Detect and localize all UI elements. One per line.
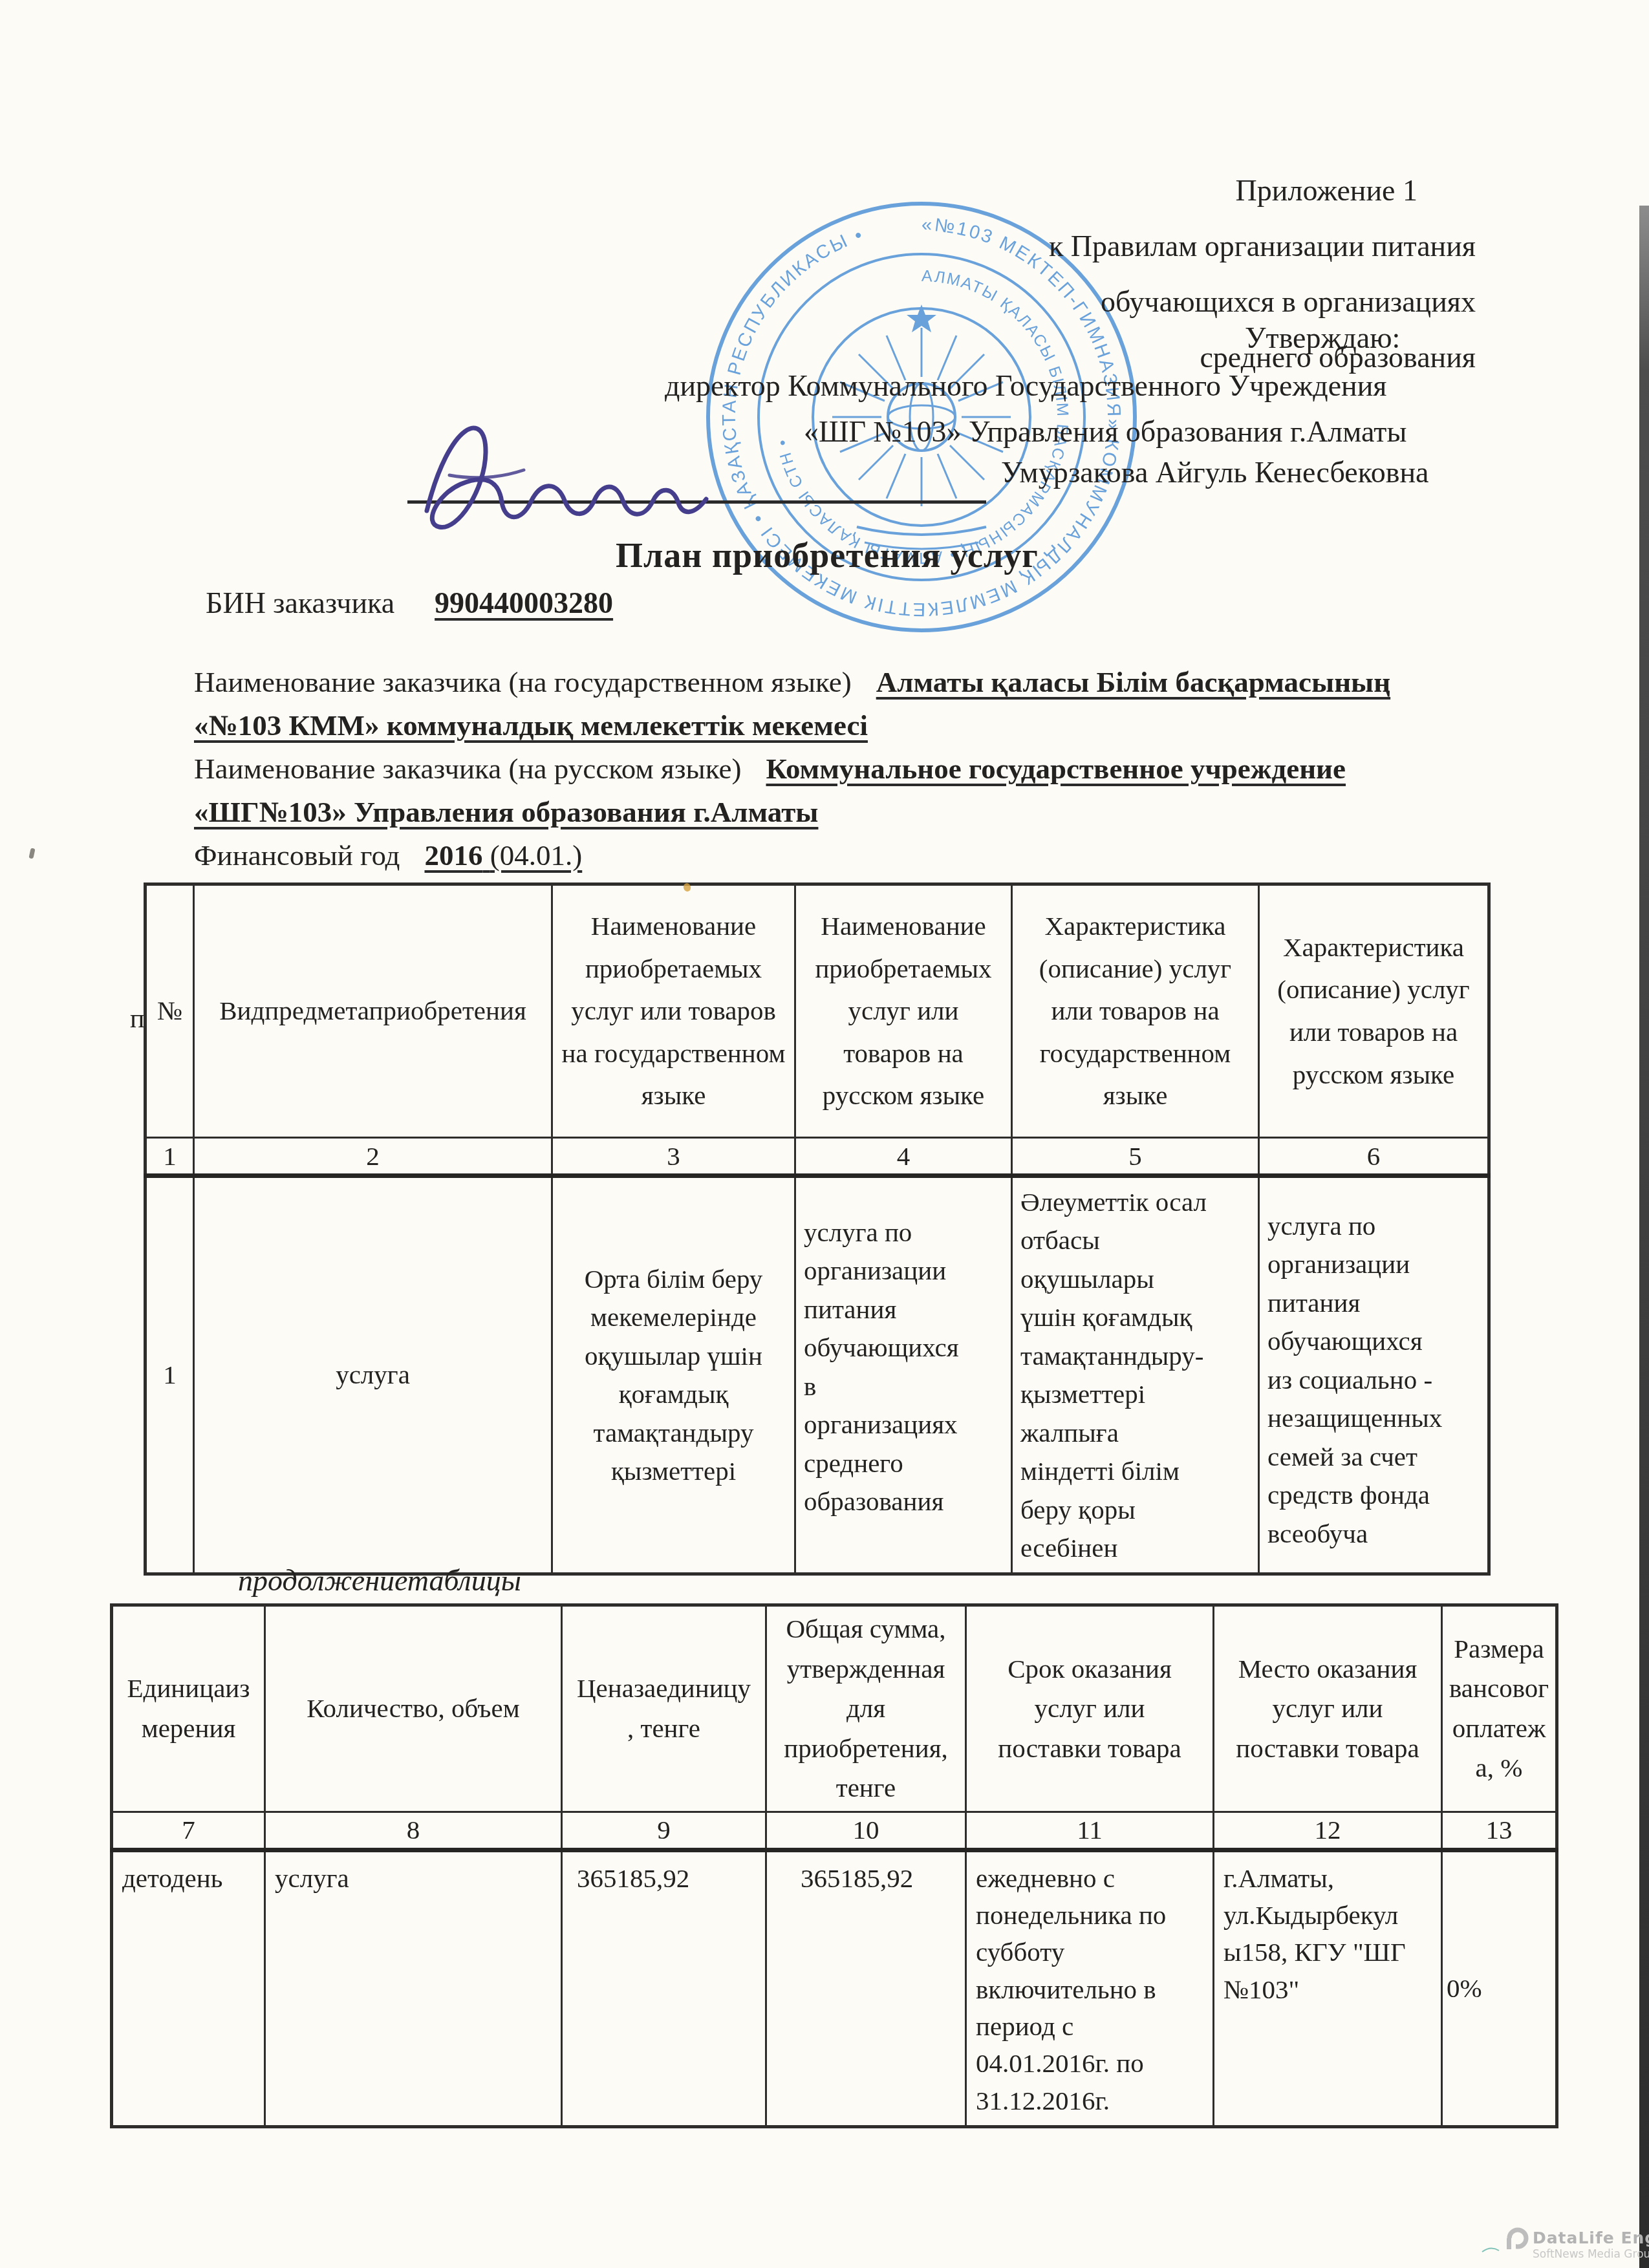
watermark: DataLife Engine SoftNews Media Group xyxy=(1481,2227,1643,2266)
bin-line: БИН заказчика990440003280 xyxy=(206,586,613,620)
approval-line-1: директор Коммунального Государственного … xyxy=(665,369,1387,403)
watermark-title: DataLife Engine xyxy=(1533,2229,1649,2247)
data-cell: 365185,92 xyxy=(562,1850,766,2126)
data-cell: 365185,92 xyxy=(766,1850,966,2126)
header-cell: Единицаиз мерения xyxy=(112,1605,265,1812)
header-cell: № xyxy=(145,884,194,1138)
table2-data-row: детодень услуга 365185,92 365185,92 ежед… xyxy=(112,1850,1557,2126)
number-cell: 4 xyxy=(795,1138,1012,1176)
data-cell: услуга по организации питания обучающихс… xyxy=(1259,1176,1489,1574)
bin-value: 990440003280 xyxy=(435,586,613,619)
header-cell: Наименование приобретаемых услуг или тов… xyxy=(795,884,1012,1138)
number-cell: 12 xyxy=(1214,1812,1442,1850)
table2-number-row: 7 8 9 10 11 12 13 xyxy=(112,1812,1557,1850)
scanned-document-page: «№103 МЕКТЕП-ГИМНАЗИЯ» КОММУНАЛДЫҚ МЕМЛЕ… xyxy=(0,0,1649,2268)
fiscal-year-label: Финансовый год xyxy=(194,839,400,872)
procurement-table-part1: № Видпредметаприобретения Наименование п… xyxy=(144,883,1491,1576)
number-cell: 1 xyxy=(145,1138,194,1176)
header-cell: Количество, объем xyxy=(265,1605,562,1812)
number-cell: 9 xyxy=(562,1812,766,1850)
header-cell: Характеристика (описание) услуг или това… xyxy=(1259,884,1489,1138)
data-cell: Орта білім беру мекемелерінде оқушылар ү… xyxy=(552,1176,795,1574)
header-cell: Размера вансовог оплатеж а, % xyxy=(1442,1605,1557,1812)
header-cell: Место оказания услуг или поставки товара xyxy=(1214,1605,1442,1812)
customer-ru-label: Наименование заказчика (на русском языке… xyxy=(194,753,742,785)
procurement-table-part2: Единицаиз мерения Количество, объем Цена… xyxy=(110,1603,1558,2128)
document-title: План приобретения услуг xyxy=(616,535,1039,575)
datalife-logo-icon xyxy=(1507,2227,1529,2249)
appendix-line: к Правилам организации питания xyxy=(894,219,1476,274)
fiscal-year-value: 2016 xyxy=(425,839,483,872)
data-cell: услуга xyxy=(194,1176,552,1574)
data-cell: ежедневно с понедельника по субботу вклю… xyxy=(966,1850,1214,2126)
appendix-line: Приложение 1 xyxy=(894,163,1476,219)
approve-label: Утверждаю: xyxy=(1245,321,1400,355)
bin-label: БИН заказчика xyxy=(206,586,394,619)
data-cell: 0% xyxy=(1442,1850,1557,2126)
table1-header-row: № Видпредметаприобретения Наименование п… xyxy=(145,884,1489,1138)
watermark-tick-icon xyxy=(1481,2245,1500,2254)
customer-kz: Наименование заказчика (на государственн… xyxy=(194,661,1481,747)
header-cell: Характеристика (описание) услуг или това… xyxy=(1012,884,1259,1138)
table1-data-row: 1 услуга Орта білім беру мекемелерінде о… xyxy=(145,1176,1489,1574)
number-cell: 11 xyxy=(966,1812,1214,1850)
fiscal-year-line: Финансовый год2016 (04.01.) xyxy=(194,834,1481,877)
number-cell: 2 xyxy=(194,1138,552,1176)
number-cell: 13 xyxy=(1442,1812,1557,1850)
data-cell: услуга xyxy=(265,1850,562,2126)
number-cell: 10 xyxy=(766,1812,966,1850)
signature xyxy=(388,398,750,553)
number-cell: 5 xyxy=(1012,1138,1259,1176)
signatory-name: Умурзакова Айгуль Кенесбековна xyxy=(1001,455,1428,489)
number-cell: 8 xyxy=(265,1812,562,1850)
header-cell: Ценазаединицу , тенге xyxy=(562,1605,766,1812)
data-cell: 1 xyxy=(145,1176,194,1574)
number-cell: 3 xyxy=(552,1138,795,1176)
scan-speck xyxy=(28,848,35,859)
header-cell: Видпредметаприобретения xyxy=(194,884,552,1138)
stray-row-mark: п xyxy=(130,1003,144,1034)
scan-edge-shadow xyxy=(1639,206,1649,2268)
customer-kz-label: Наименование заказчика (на государственн… xyxy=(194,666,852,698)
data-cell: г.Алматы, ул.Кыдырбекул ы158, КГУ "ШГ №1… xyxy=(1214,1850,1442,2126)
watermark-subtitle: SoftNews Media Group xyxy=(1533,2248,1649,2261)
number-cell: 6 xyxy=(1259,1138,1489,1176)
data-cell: Әлеуметтік осал отбасы оқушылары үшін қо… xyxy=(1012,1176,1259,1574)
customer-ru: Наименование заказчика (на русском языке… xyxy=(194,747,1481,834)
table2-header-row: Единицаиз мерения Количество, объем Цена… xyxy=(112,1605,1557,1812)
customer-block: Наименование заказчика (на государственн… xyxy=(194,661,1481,877)
header-cell: Наименование приобретаемых услуг или тов… xyxy=(552,884,795,1138)
header-cell: Срок оказания услуг или поставки товара xyxy=(966,1605,1214,1812)
data-cell: услуга по организации питания обучающихс… xyxy=(795,1176,1012,1574)
table1-number-row: 1 2 3 4 5 6 xyxy=(145,1138,1489,1176)
number-cell: 7 xyxy=(112,1812,265,1850)
table-continuation-label: продолжениетаблицы xyxy=(238,1563,521,1598)
header-cell: Общая сумма, утвержденная для приобретен… xyxy=(766,1605,966,1812)
approval-line-2: «ШГ №103» Управления образования г.Алмат… xyxy=(804,414,1406,449)
data-cell: детодень xyxy=(112,1850,265,2126)
fiscal-year-note: (04.01.) xyxy=(490,839,582,872)
